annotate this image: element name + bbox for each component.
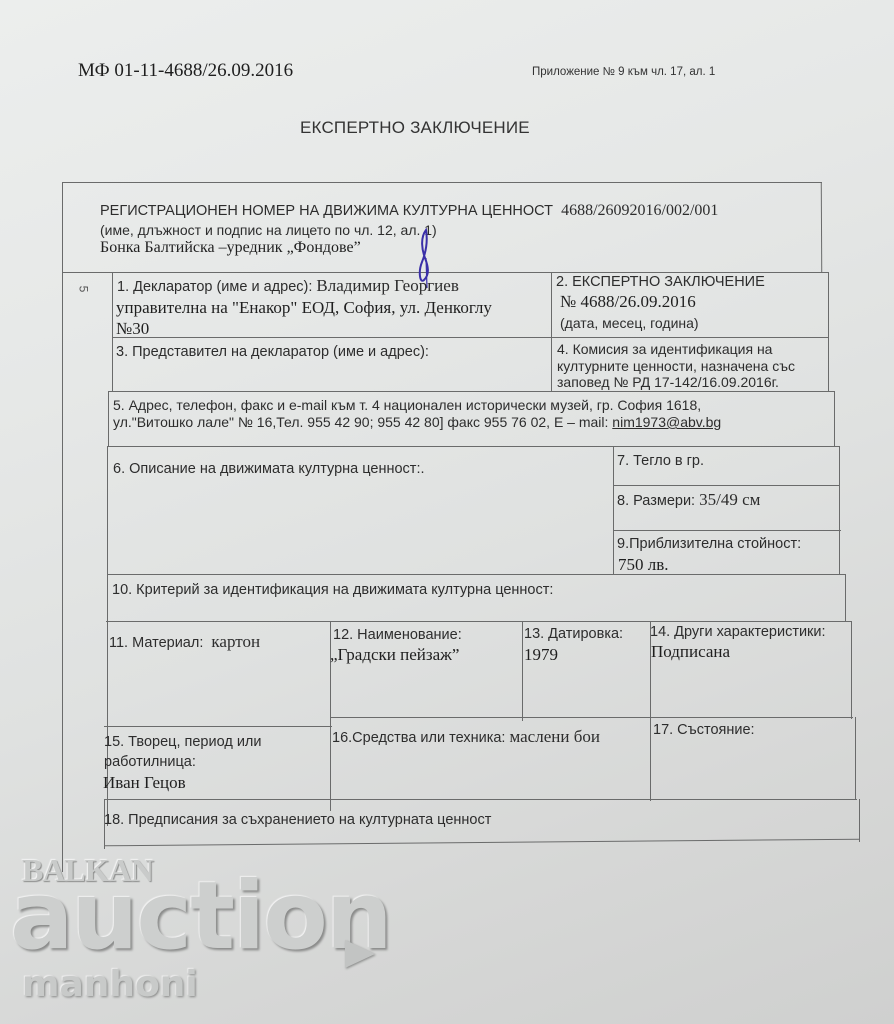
registration-number: 4688/26092016/002/001 [561, 202, 718, 219]
field-12-label: 12. Наименование: [333, 626, 462, 645]
table-border-right [845, 574, 846, 622]
field-11: 11. Материал: картон [109, 632, 260, 653]
field-14-value: Подписана [651, 642, 730, 661]
row-divider [104, 799, 857, 800]
field-1-label: 1. Декларатор (име и адрес): [117, 279, 312, 295]
row-divider [112, 337, 828, 338]
field-17-label: 17. Състояние: [653, 721, 755, 740]
registration-label: РЕГИСТРАЦИОНЕН НОМЕР НА ДВИЖИМА КУЛТУРНА… [100, 201, 718, 221]
row-divider [107, 574, 845, 575]
row-divider [107, 446, 839, 447]
document-code: МФ 01-11-4688/26.09.2016 [78, 60, 293, 82]
field-2-hint: (дата, месец, година) [560, 314, 699, 333]
field-5-line2-text: ул."Витошко лале" № 16,Тел. 955 42 90; 9… [113, 414, 612, 430]
field-15-line2: работилница: [104, 753, 196, 772]
table-border-left [62, 182, 63, 872]
field-12-value: „Градски пейзаж” [330, 645, 459, 664]
field-8-label: 8. Размери: [617, 493, 695, 509]
row-divider [613, 530, 841, 531]
col-divider [108, 391, 109, 446]
watermark-brand-main: auction [10, 862, 391, 971]
table-border-top [62, 182, 822, 183]
table-border-right-top [821, 182, 823, 272]
field-1-address-number: №30 [116, 319, 149, 338]
document-title: ЕКСПЕРТНО ЗАКЛЮЧЕНИЕ [300, 118, 530, 138]
person-value: Бонка Балтийска –уредник „Фондове” [100, 238, 361, 257]
row-divider [613, 485, 839, 486]
field-9-label: 9.Приблизителна стойност: [617, 535, 801, 554]
table-border-right [859, 799, 860, 842]
table-border-bottom [104, 839, 860, 847]
table-border-right [851, 621, 852, 719]
field-18-label: 18. Предписания за съхранението на култу… [104, 811, 491, 830]
registration-label-text: РЕГИСТРАЦИОНЕН НОМЕР НА ДВИЖИМА КУЛТУРНА… [100, 203, 553, 219]
field-14-label: 14. Други характеристики: [650, 623, 826, 642]
field-13-label: 13. Датировка: [524, 625, 623, 644]
annex-reference: Приложение № 9 към чл. 17, ал. 1 [532, 66, 715, 78]
field-16-label: 16.Средства или техника: [332, 730, 505, 746]
play-arrow-icon [345, 940, 375, 968]
table-border-right [855, 717, 856, 799]
field-16-value: маслени бои [509, 727, 599, 746]
field-9-value: 750 лв. [618, 555, 669, 574]
field-15-line1: 15. Творец, период или [104, 733, 261, 752]
field-2-label: 2. ЕКСПЕРТНО ЗАКЛЮЧЕНИЕ [556, 273, 765, 292]
field-1-address: управителна на "Енакор" ЕОД, София, ул. … [116, 298, 492, 317]
watermark-logo: BALKAN auction manhoni [10, 852, 380, 1012]
field-8: 8. Размери: 35/49 см [617, 490, 760, 511]
field-1-value: Владимир Георгиев [316, 276, 458, 295]
field-4-line3: заповед № РД 17-142/16.09.2016г. [557, 373, 779, 392]
field-10-label: 10. Критерий за идентификация на движима… [112, 581, 553, 600]
field-11-label: 11. Материал: [109, 635, 203, 651]
col-divider [112, 272, 113, 392]
field-3-label: 3. Представител на декларатор (име и адр… [116, 343, 429, 362]
side-page-number: 5 [76, 286, 90, 293]
email-link[interactable]: nim1973@abv.bg [612, 414, 721, 430]
field-11-value: картон [211, 632, 260, 651]
col-divider [551, 272, 552, 392]
field-7-label: 7. Тегло в гр. [617, 452, 704, 471]
watermark-brand-bottom: manhoni [22, 964, 198, 1005]
field-16: 16.Средства или техника: маслени бои [332, 727, 600, 748]
table-border-right [834, 391, 835, 446]
table-border-right [839, 446, 840, 574]
field-15-value: Иван Гецов [103, 773, 186, 792]
field-8-value: 35/49 см [699, 490, 760, 509]
col-divider [613, 446, 614, 574]
row-divider [104, 726, 332, 727]
field-13-value: 1979 [524, 645, 558, 664]
field-2-value: № 4688/26.09.2016 [560, 292, 696, 311]
table-border-right [828, 272, 829, 392]
row-divider [330, 717, 853, 718]
field-1-declarant: 1. Декларатор (име и адрес): Владимир Ге… [117, 276, 459, 297]
field-6-label: 6. Описание на движимата културна ценнос… [113, 460, 425, 479]
field-5-line2: ул."Витошко лале" № 16,Тел. 955 42 90; 9… [113, 413, 721, 432]
